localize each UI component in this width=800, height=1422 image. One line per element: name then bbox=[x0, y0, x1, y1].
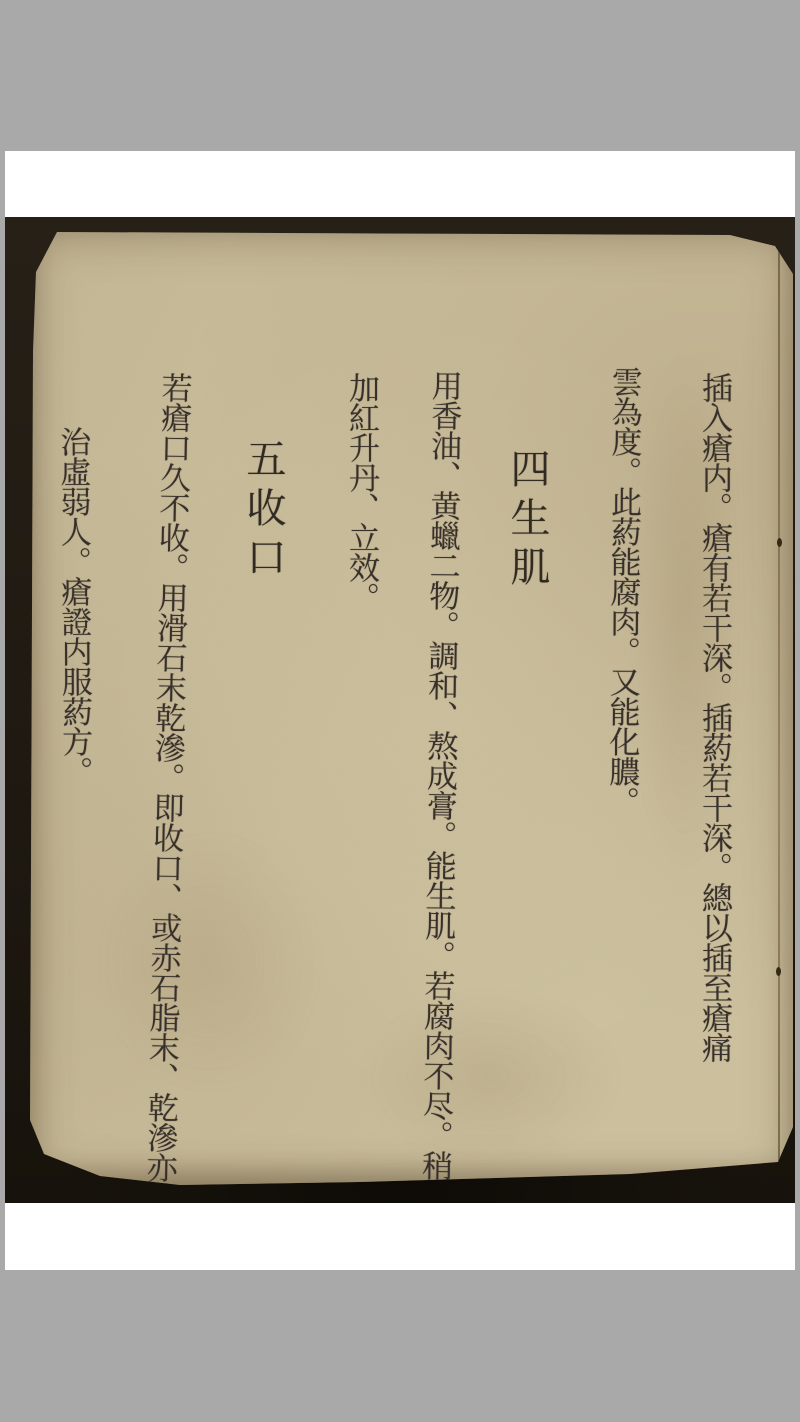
manuscript-paper: 插入瘡内。瘡有若干深。插葯若干深。總以插至瘡痛 雲為度。此葯能腐肉。又能化膿。 … bbox=[30, 232, 793, 1185]
manuscript-column-8: 治虛弱人。瘡證内服葯方。 bbox=[50, 426, 97, 786]
scanner-white-strip-top bbox=[5, 151, 795, 217]
manuscript-column-4: 用香油、黄蠟二物。調和、熬成膏。能生肌。若腐肉不尽。稍 bbox=[412, 370, 466, 1180]
ink-speck bbox=[776, 967, 781, 976]
section-heading-shou-kou: 五收口 bbox=[241, 438, 285, 585]
ink-speck bbox=[777, 538, 782, 547]
paper-stain bbox=[100, 832, 320, 1092]
scanner-white-strip-bottom bbox=[5, 1203, 795, 1270]
section-heading-sheng-ji: 四生肌 bbox=[505, 448, 549, 595]
manuscript-column-1: 插入瘡内。瘡有若干深。插葯若干深。總以插至瘡痛 bbox=[692, 372, 736, 1062]
manuscript-column-2: 雲為度。此葯能腐肉。又能化膿。 bbox=[599, 366, 646, 816]
paper-stain bbox=[360, 992, 620, 1162]
manuscript-column-5: 加紅升丹、立效。 bbox=[339, 372, 383, 612]
manuscript-column-7: 若瘡口久不收。用滑石末乾滲。即收口、或赤石脂末、乾滲亦效。 bbox=[135, 372, 196, 1243]
book-photo-backdrop: 插入瘡内。瘡有若干深。插葯若干深。總以插至瘡痛 雲為度。此葯能腐肉。又能化膿。 … bbox=[5, 217, 795, 1203]
page-fore-edge-crease bbox=[778, 232, 780, 1185]
scanned-manuscript-viewer: 插入瘡内。瘡有若干深。插葯若干深。總以插至瘡痛 雲為度。此葯能腐肉。又能化膿。 … bbox=[0, 0, 800, 1422]
